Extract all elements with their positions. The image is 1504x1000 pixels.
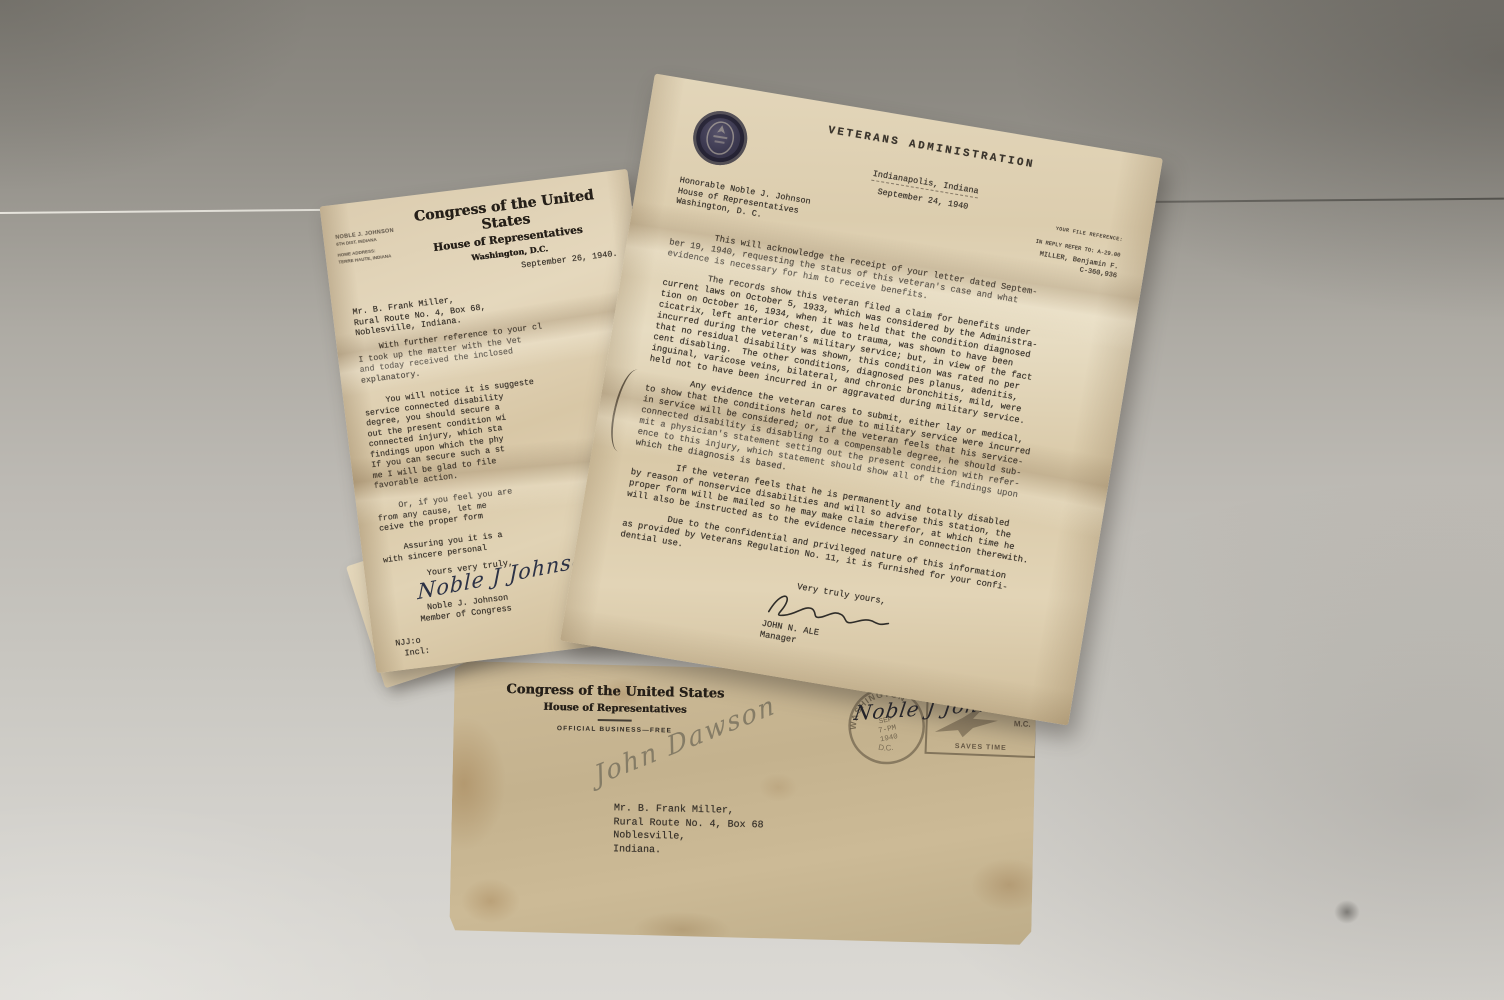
photograph-of-letters: NOBLE J. JOHNSON 6TH DIST. INDIANA HOME …	[0, 0, 1504, 1000]
envelope-header-2: House of Representatives	[490, 701, 740, 717]
body-paragraph-3: Or, if you feel you arefrom any cause, l…	[376, 487, 515, 535]
envelope-address: Mr. B. Frank Miller,Rural Route No. 4, B…	[613, 802, 764, 859]
body-paragraph-2: You will notice it is suggesteservice co…	[363, 378, 545, 493]
enclosure-note: Incl:	[404, 646, 431, 659]
file-reference-block: YOUR FILE REFERENCE: IN REPLY REFER TO: …	[1031, 223, 1123, 281]
mc-label: M.C.	[1014, 719, 1031, 729]
va-agency-name: VETERANS ADMINISTRATION	[797, 120, 1065, 176]
va-seal-icon	[689, 107, 751, 169]
va-letter-body: This will acknowledge the receipt of you…	[618, 226, 1116, 622]
background-smudge	[1334, 900, 1360, 924]
va-letterhead: VETERANS ADMINISTRATION Indianapolis, In…	[789, 120, 1066, 227]
envelope-header-rule	[598, 719, 632, 722]
va-letter: VETERANS ADMINISTRATION Indianapolis, In…	[560, 73, 1163, 725]
va-recipient-address: Honorable Noble J. JohnsonHouse of Repre…	[675, 175, 811, 228]
congressman-corner-card: NOBLE J. JOHNSON 6TH DIST. INDIANA HOME …	[335, 228, 397, 266]
envelope-header-1: Congress of the United States	[490, 682, 740, 702]
